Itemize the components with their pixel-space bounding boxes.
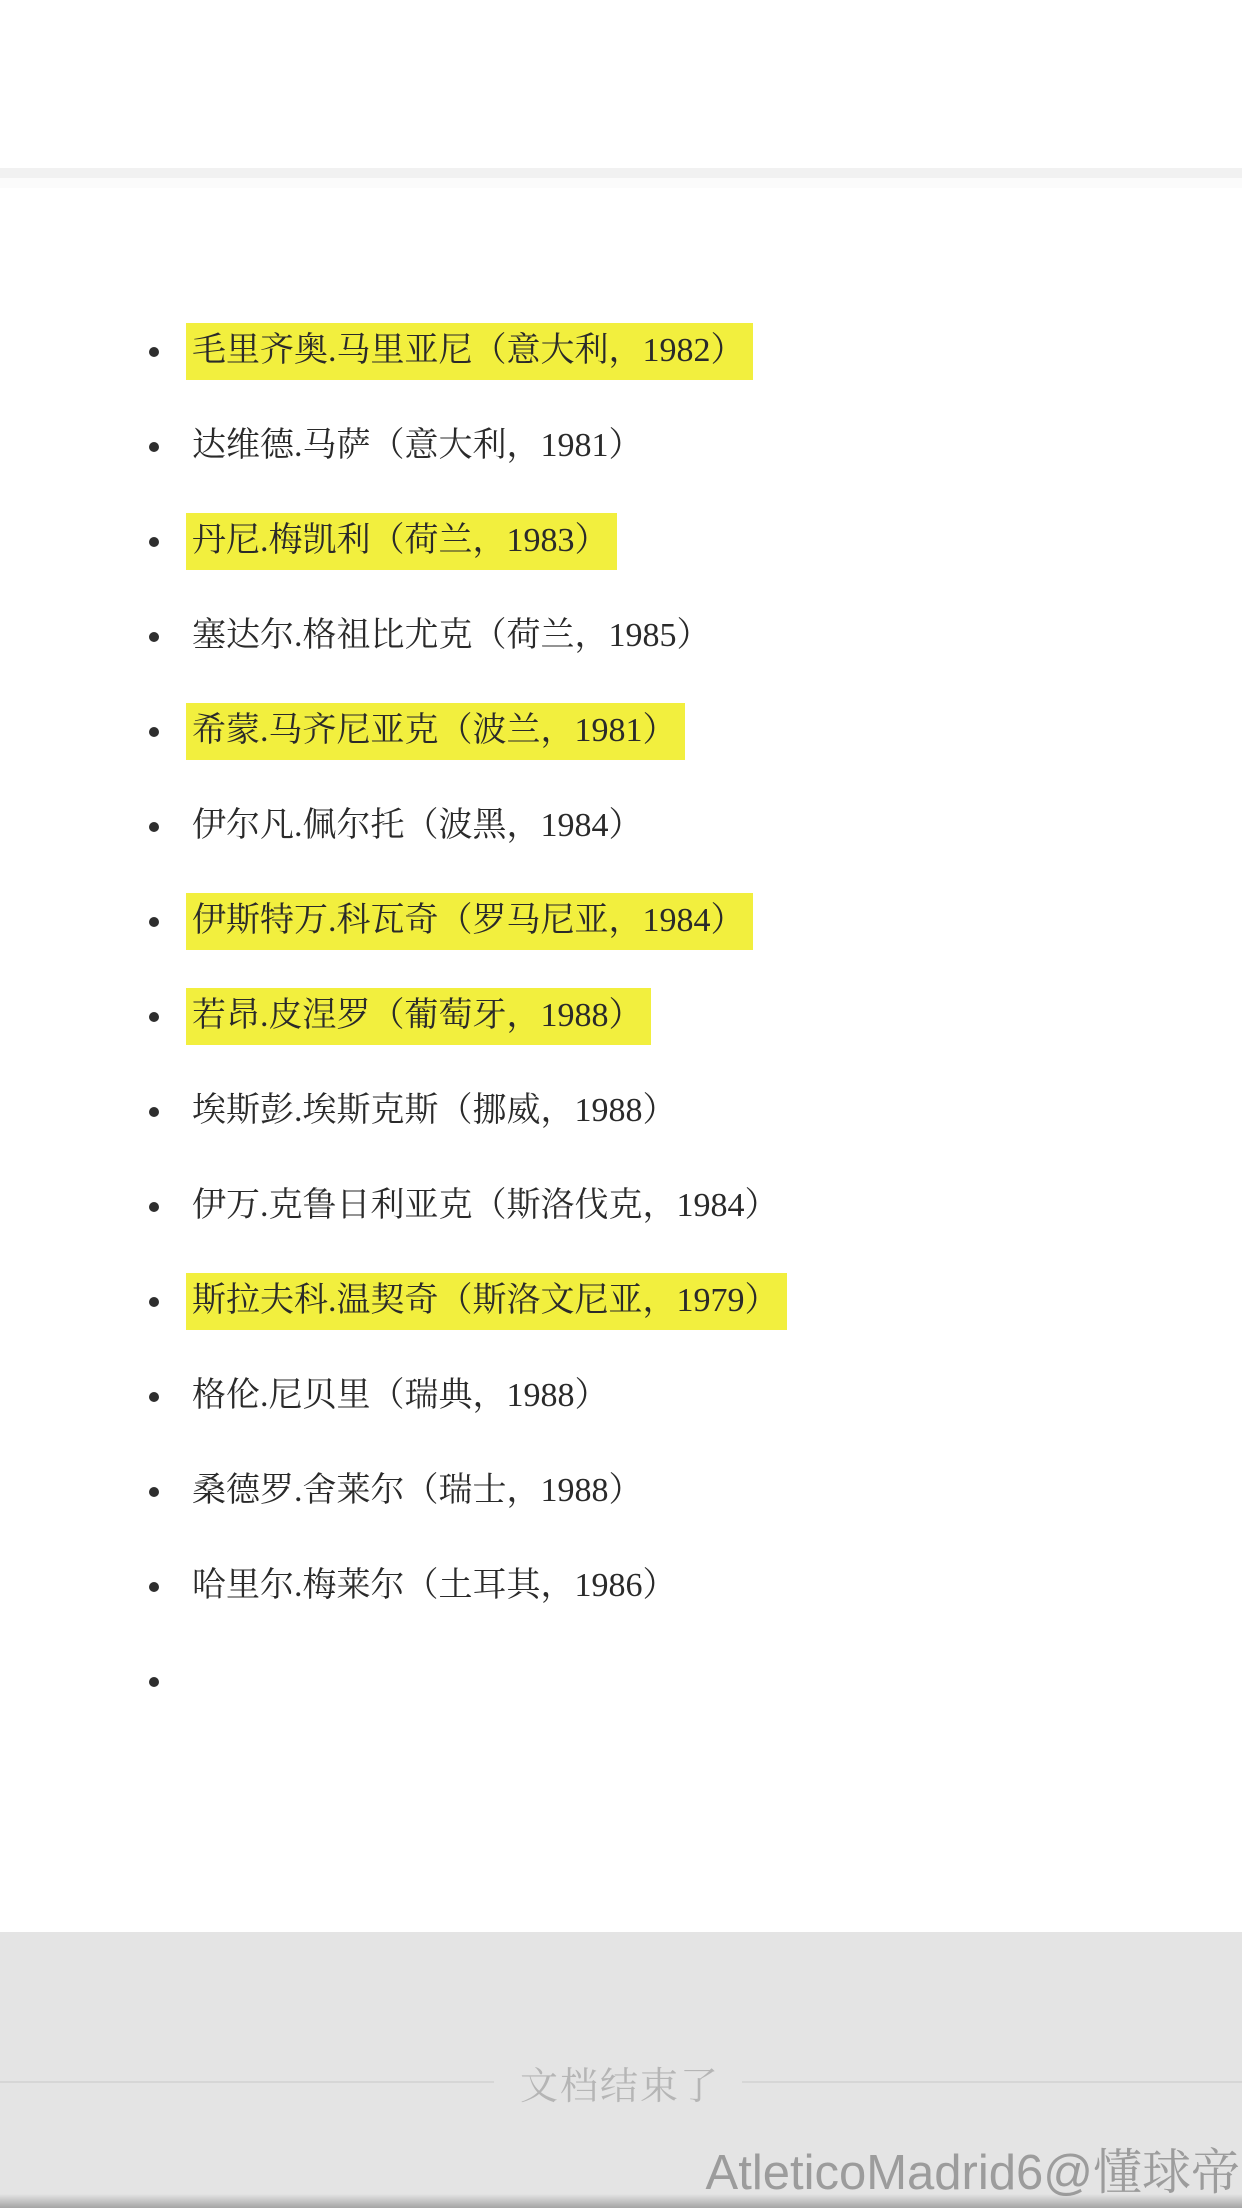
list-item: 哈里尔.梅莱尔（土耳其，1986） xyxy=(0,1539,1242,1634)
list-item: 格伦.尼贝里（瑞典，1988） xyxy=(0,1349,1242,1444)
bullet-dot-icon xyxy=(149,632,159,642)
list-item: 达维德.马萨（意大利，1981） xyxy=(0,399,1242,494)
list-item: 希蒙.马齐尼亚克（波兰，1981） xyxy=(0,684,1242,779)
bullet-dot-icon xyxy=(149,1487,159,1497)
bullet-dot-icon xyxy=(149,822,159,832)
bullet-dot-icon xyxy=(149,1677,159,1687)
bullet-dot-icon xyxy=(149,917,159,927)
list-item: 丹尼.梅凯利（荷兰，1983） xyxy=(0,494,1242,589)
list-item: 斯拉夫科.温契奇（斯洛文尼亚，1979） xyxy=(0,1254,1242,1349)
end-of-document-label: 文档结束了 xyxy=(520,2055,720,2110)
referee-list: 毛里齐奥.马里亚尼（意大利，1982） 达维德.马萨（意大利，1981） 丹尼.… xyxy=(0,188,1242,1729)
list-item-text: 达维德.马萨（意大利，1981） xyxy=(186,418,651,475)
bullet-dot-icon xyxy=(149,347,159,357)
list-item: 塞达尔.格祖比尤克（荷兰，1985） xyxy=(0,589,1242,684)
list-item-text: 伊斯特万.科瓦奇（罗马尼亚，1984） xyxy=(186,893,753,950)
list-item: 若昂.皮涅罗（葡萄牙，1988） xyxy=(0,969,1242,1064)
bullet-dot-icon xyxy=(149,727,159,737)
document-scroll-area[interactable]: 毛里齐奥.马里亚尼（意大利，1982） 达维德.马萨（意大利，1981） 丹尼.… xyxy=(0,188,1242,1932)
footer: 文档结束了 AtleticoMadrid6@懂球帝 xyxy=(0,1932,1242,2208)
end-of-document-divider: 文档结束了 xyxy=(0,2054,1242,2110)
divider-line-right xyxy=(742,2081,1242,2083)
list-item-text: 塞达尔.格祖比尤克（荷兰，1985） xyxy=(186,608,719,665)
list-item: 伊尔凡.佩尔托（波黑，1984） xyxy=(0,779,1242,874)
page-separator-shadow xyxy=(0,178,1242,188)
page-top-gap xyxy=(0,0,1242,168)
list-item-text: 伊尔凡.佩尔托（波黑，1984） xyxy=(186,798,651,855)
bullet-dot-icon xyxy=(149,442,159,452)
bullet-dot-icon xyxy=(149,1297,159,1307)
bullet-dot-icon xyxy=(149,1107,159,1117)
bullet-dot-icon xyxy=(149,1202,159,1212)
list-item-text: 若昂.皮涅罗（葡萄牙，1988） xyxy=(186,988,651,1045)
list-item-text: 斯拉夫科.温契奇（斯洛文尼亚，1979） xyxy=(186,1273,787,1330)
list-item-text: 桑德罗.舍莱尔（瑞士，1988） xyxy=(186,1463,651,1520)
list-item-text: 希蒙.马齐尼亚克（波兰，1981） xyxy=(186,703,685,760)
list-item-text: 丹尼.梅凯利（荷兰，1983） xyxy=(186,513,617,570)
document-viewer-screen: 毛里齐奥.马里亚尼（意大利，1982） 达维德.马萨（意大利，1981） 丹尼.… xyxy=(0,0,1242,2208)
list-item: 伊万.克鲁日利亚克（斯洛伐克，1984） xyxy=(0,1159,1242,1254)
list-item: 埃斯彭.埃斯克斯（挪威，1988） xyxy=(0,1064,1242,1159)
list-item-text: 埃斯彭.埃斯克斯（挪威，1988） xyxy=(186,1083,685,1140)
bullet-dot-icon xyxy=(149,1392,159,1402)
bullet-dot-icon xyxy=(149,1582,159,1592)
bullet-dot-icon xyxy=(149,537,159,547)
divider-line-left xyxy=(0,2081,494,2083)
list-item: 毛里齐奥.马里亚尼（意大利，1982） xyxy=(0,304,1242,399)
list-item-text: 伊万.克鲁日利亚克（斯洛伐克，1984） xyxy=(186,1178,787,1235)
bullet-dot-icon xyxy=(149,1012,159,1022)
list-item: 桑德罗.舍莱尔（瑞士，1988） xyxy=(0,1444,1242,1539)
page-separator xyxy=(0,168,1242,178)
list-item-text: 哈里尔.梅莱尔（土耳其，1986） xyxy=(186,1558,685,1615)
list-item-text: 格伦.尼贝里（瑞典，1988） xyxy=(186,1368,617,1425)
list-item-text: 毛里齐奥.马里亚尼（意大利，1982） xyxy=(186,323,753,380)
watermark: AtleticoMadrid6@懂球帝 xyxy=(706,2134,1240,2204)
list-item xyxy=(0,1634,1242,1729)
list-item: 伊斯特万.科瓦奇（罗马尼亚，1984） xyxy=(0,874,1242,969)
